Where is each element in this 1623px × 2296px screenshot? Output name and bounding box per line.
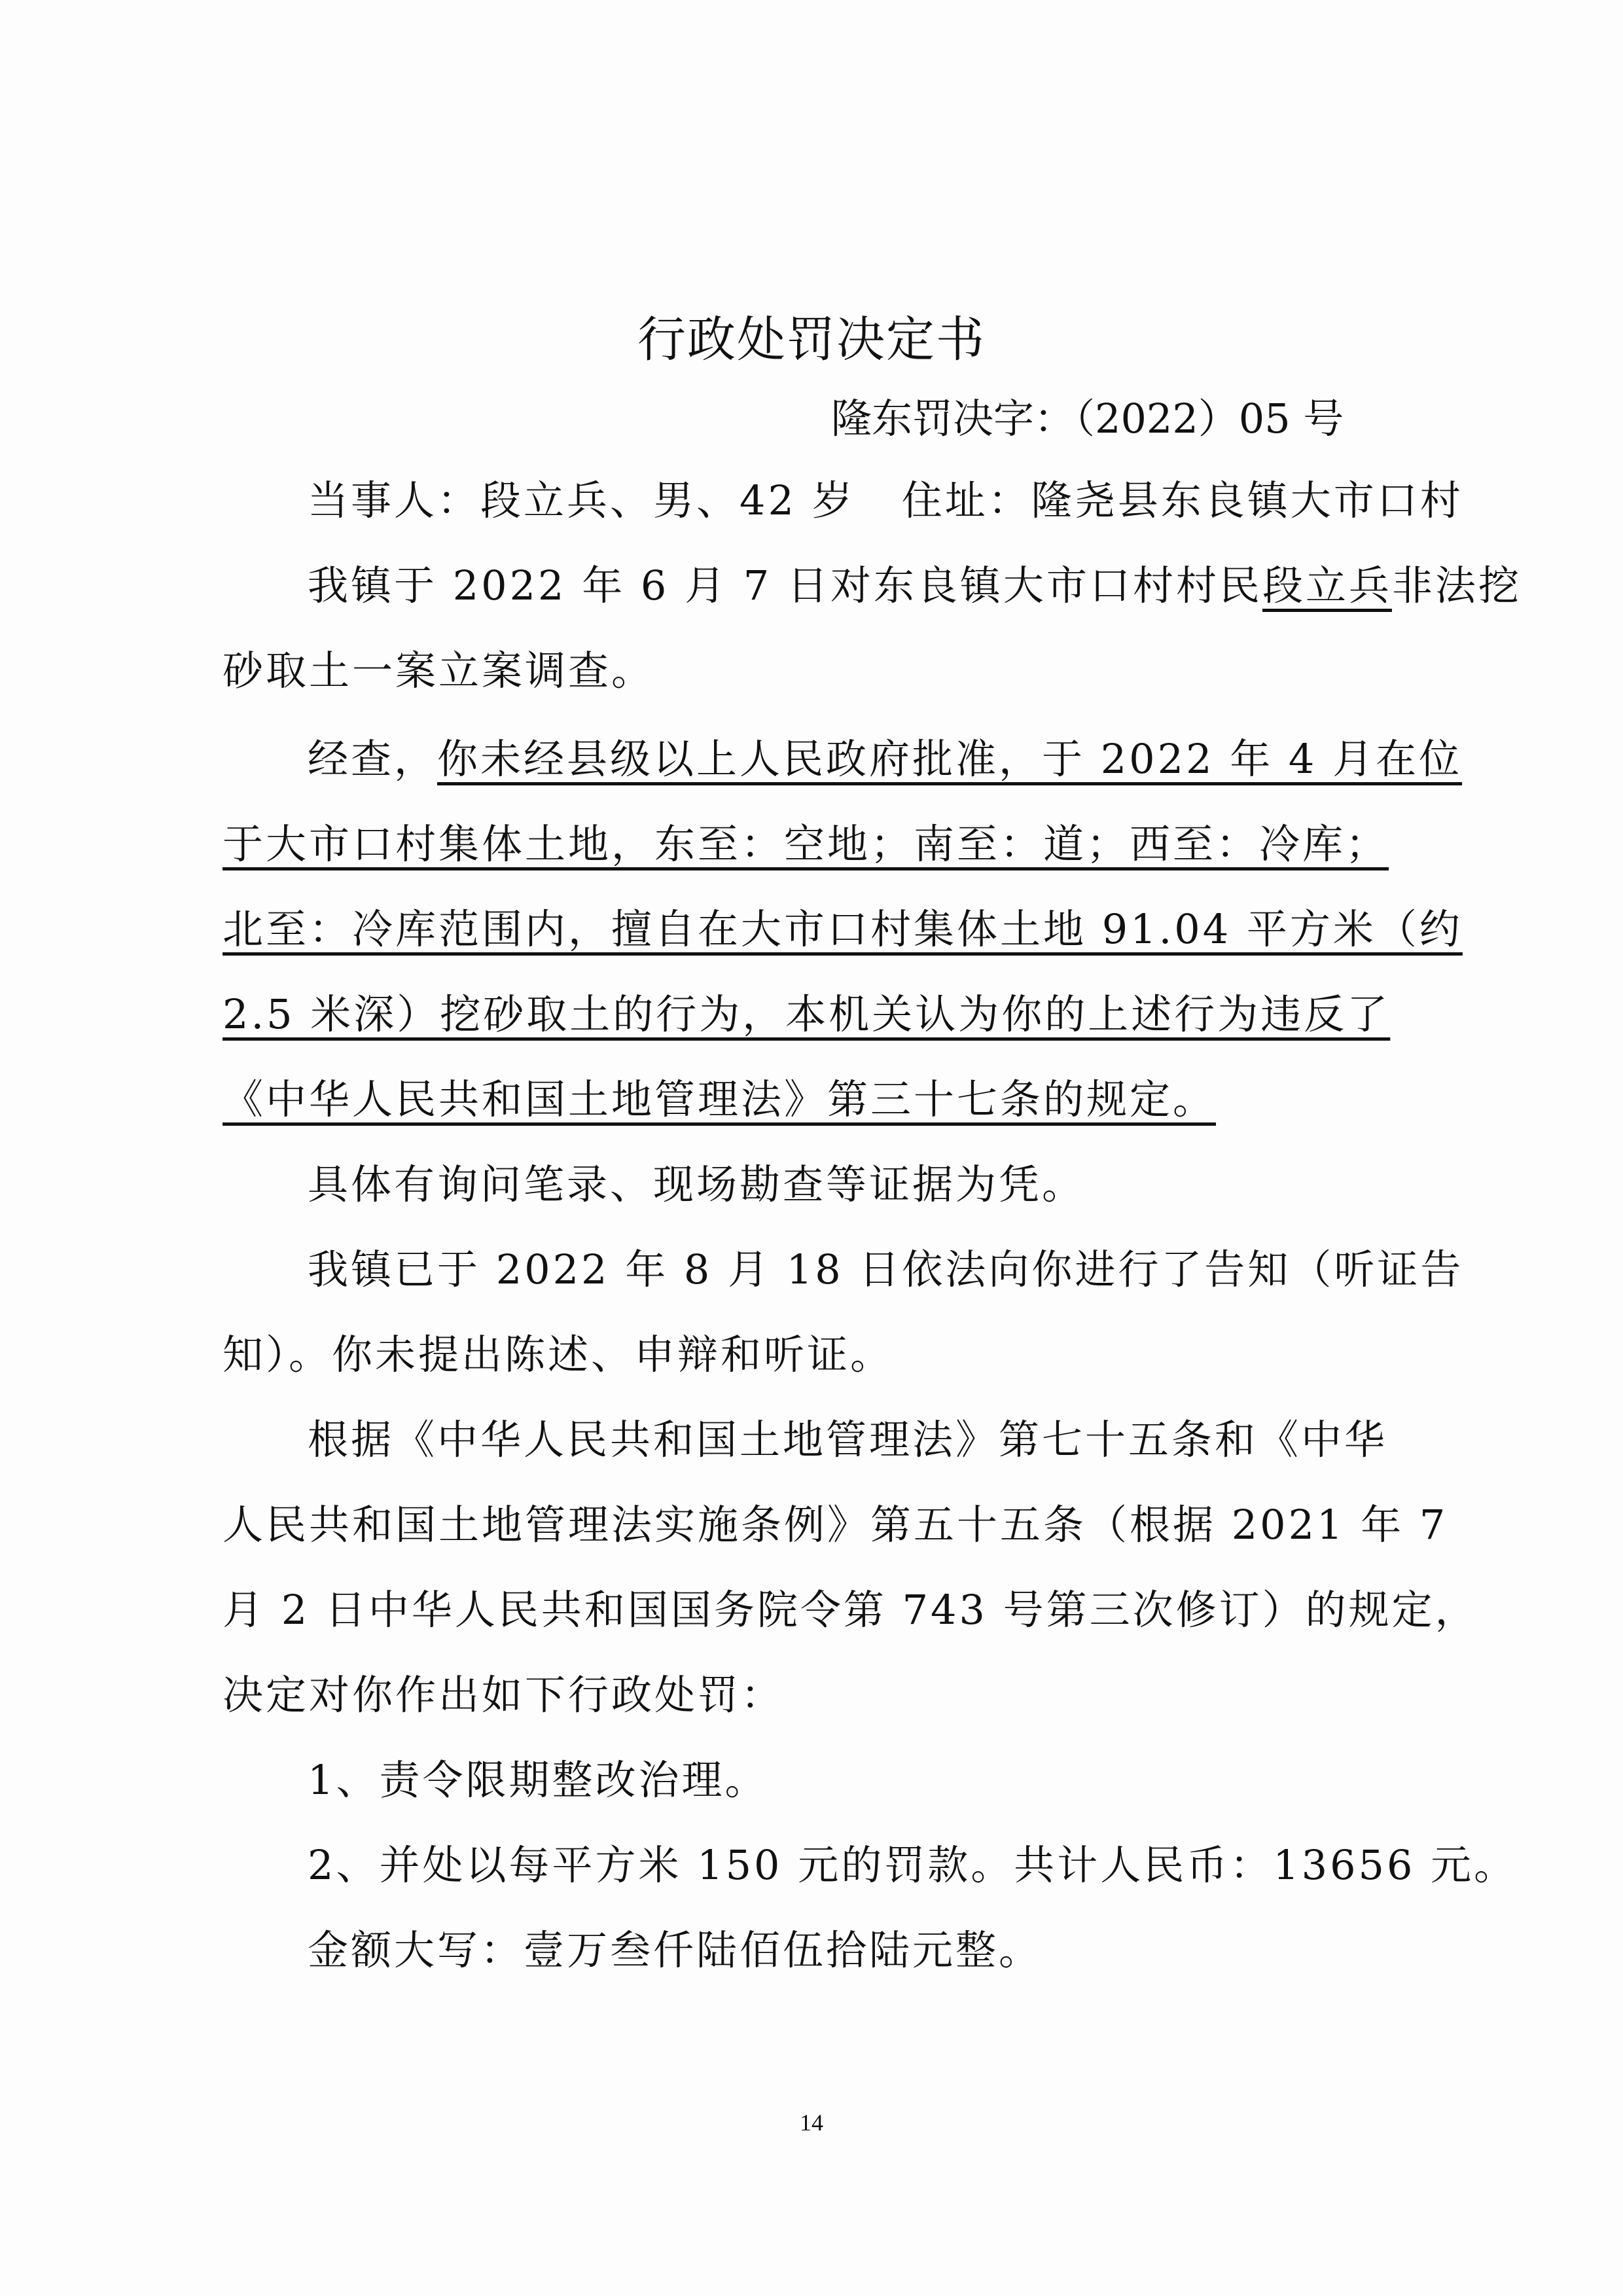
underlined-finding: 于大市口村集体土地，东至：空地；南至：道；西至：冷库； — [223, 820, 1389, 868]
paragraph-line: 人民共和国土地管理法实施条例》第五十五条（根据 2021 年 7 — [223, 1496, 1407, 1554]
document-title: 行政处罚决定书 — [0, 301, 1623, 370]
text: 我镇于 2022 年 6 月 7 日对东良镇大市口村村民 — [308, 562, 1262, 609]
page-number: 14 — [0, 2109, 1623, 2136]
underlined-name: 段立兵 — [1262, 562, 1392, 609]
text: 经查， — [308, 735, 437, 783]
paragraph-line: 我镇于 2022 年 6 月 7 日对东良镇大市口村村民段立兵非法挖 — [308, 556, 1407, 615]
paragraph-line: 决定对你作出如下行政处罚： — [223, 1666, 1407, 1725]
paragraph-line: 于大市口村集体土地，东至：空地；南至：道；西至：冷库； — [223, 815, 1407, 874]
paragraph-line: 北至：冷库范围内，擅自在大市口村集体土地 91.04 平方米（约 — [223, 900, 1407, 959]
penalty-item-1: 1、责令限期整改治理。 — [308, 1751, 1407, 1810]
paragraph-line: 月 2 日中华人民共和国国务院令第 743 号第三次修订）的规定， — [223, 1581, 1407, 1640]
party-info: 当事人：段立兵、男、42 岁 住址：隆尧县东良镇大市口村 — [308, 471, 1407, 530]
underlined-finding: 《中华人民共和国土地管理法》第三十七条的规定。 — [223, 1075, 1216, 1123]
amount-in-words: 金额大写：壹万叁仟陆佰伍拾陆元整。 — [308, 1921, 1407, 1980]
paragraph-line: 砂取土一案立案调查。 — [223, 641, 1407, 700]
document-page: 行政处罚决定书 隆东罚决字：（2022）05 号 当事人：段立兵、男、42 岁 … — [0, 0, 1623, 2296]
underlined-finding: 北至：冷库范围内，擅自在大市口村集体土地 91.04 平方米（约 — [223, 905, 1463, 953]
penalty-item-2: 2、并处以每平方米 150 元的罚款。共计人民币：13656 元。 — [308, 1836, 1407, 1895]
text: 非法挖 — [1392, 562, 1522, 609]
paragraph-line: 知）。你未提出陈述、申辩和听证。 — [223, 1325, 1407, 1384]
underlined-finding: 2.5 米深）挖砂取土的行为，本机关认为你的上述行为违反了 — [223, 990, 1390, 1038]
paragraph-line: 我镇已于 2022 年 8 月 18 日依法向你进行了告知（听证告 — [308, 1240, 1407, 1299]
underlined-finding: 你未经县级以上人民政府批准，于 2022 年 4 月在位 — [437, 735, 1462, 783]
paragraph-line: 具体有询问笔录、现场勘查等证据为凭。 — [308, 1155, 1407, 1214]
paragraph-line: 《中华人民共和国土地管理法》第三十七条的规定。 — [223, 1070, 1407, 1129]
paragraph-line: 根据《中华人民共和国土地管理法》第七十五条和《中华 — [308, 1410, 1407, 1469]
paragraph-line: 2.5 米深）挖砂取土的行为，本机关认为你的上述行为违反了 — [223, 985, 1407, 1044]
document-number: 隆东罚决字：（2022）05 号 — [831, 386, 1420, 444]
paragraph-line: 经查，你未经县级以上人民政府批准，于 2022 年 4 月在位 — [308, 730, 1407, 789]
